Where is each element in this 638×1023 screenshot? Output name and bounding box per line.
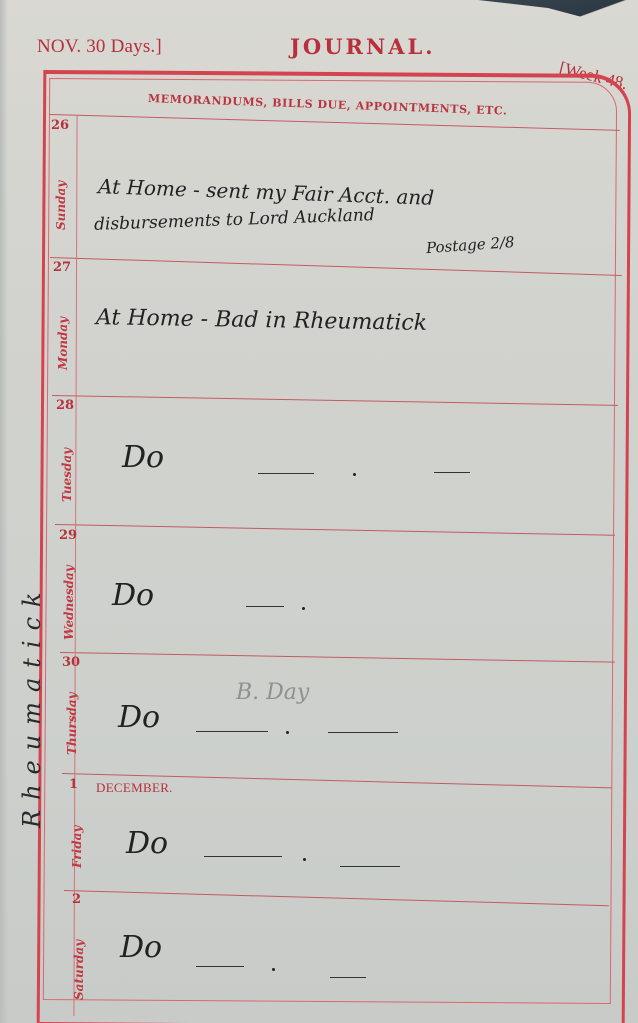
weekday-label: Thursday [65,692,79,755]
journal-page: NOV. 30 Days.] JOURNAL. [Week 48. MEMORA… [0,0,638,1023]
ditto-mark: Do [118,700,160,735]
month-marker: DECEMBER. [96,780,173,796]
day-number: 26 [51,118,69,133]
weekday-label: Monday [56,317,70,370]
ditto-mark: Do [122,440,164,475]
weekday-label: Saturday [72,940,86,1000]
ditto-mark: Do [120,930,162,965]
ditto-dash [196,966,244,967]
ditto-dash [340,866,400,867]
ditto-dash [246,606,284,607]
margin-note: Rheumatick [18,582,46,828]
ditto-dash [196,731,268,732]
day-number: 2 [72,892,81,907]
weekday-label: Friday [70,826,84,868]
ditto-mark: Do [112,578,154,613]
ditto-dash [204,856,282,857]
day-number: 28 [56,398,74,413]
ditto-dash [258,473,314,474]
ditto-dash [434,472,470,473]
day-number: 29 [59,528,77,543]
weekday-label: Sunday [54,181,68,230]
page-gutter-shadow [0,0,8,1023]
weekday-label: Wednesday [62,565,76,640]
day-number: 30 [62,655,80,670]
ditto-dot [302,607,305,610]
ditto-dash [330,977,366,978]
ditto-dot [286,731,289,734]
ditto-dash [328,732,398,733]
ditto-dot [303,858,306,861]
pencil-note: B. Day [236,680,309,705]
month-label: NOV. 30 Days.] [37,36,162,58]
day-number: 1 [69,777,78,792]
weekday-label: Tuesday [60,448,74,502]
ditto-mark: Do [126,826,168,861]
ditto-dot [272,968,275,971]
ditto-dot [353,473,356,476]
day-number: 27 [53,260,71,275]
page-title: JOURNAL. [290,34,436,59]
book-cover-cloth [438,0,638,40]
